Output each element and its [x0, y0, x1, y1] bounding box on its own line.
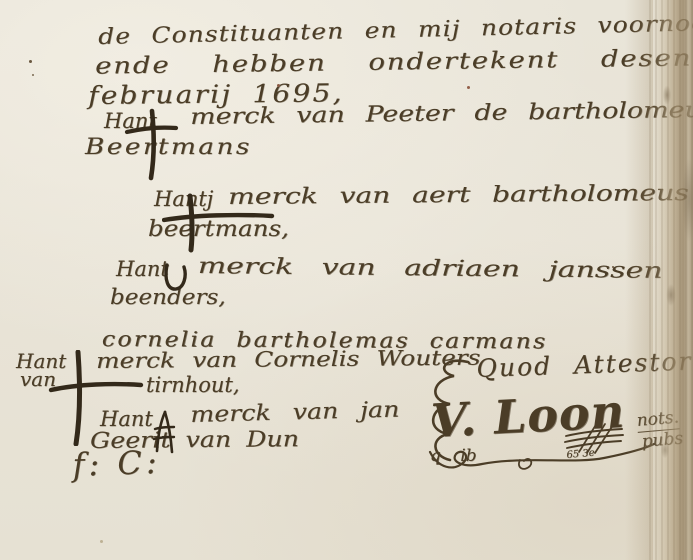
handmark-entry-text: merck van Cornelis Wouters	[96, 347, 481, 373]
handmark-entry-text: merck van adriaen janssen	[198, 255, 663, 284]
handmark-entry-prefix: Hant	[116, 258, 169, 281]
paper-speck	[467, 86, 470, 89]
paper-speck	[277, 84, 280, 87]
paper-speck	[29, 60, 32, 63]
handmark-entry-surname: tirnhout,	[146, 374, 240, 397]
paper-speck	[612, 266, 614, 268]
paper-speck	[32, 74, 34, 76]
paper-speck	[100, 540, 103, 543]
handmark-cross-icon	[162, 192, 276, 254]
manuscript-page: de Constituanten en mij notaris voornoem…	[0, 0, 693, 560]
handmark-entry-text: merck van aert bartholomeus	[228, 182, 689, 210]
header-line-2: ende hebben ondertekent desen 8e2	[95, 45, 693, 80]
handmark-entry-text: merck van jan	[190, 399, 400, 429]
clerk-initials: f: C:	[72, 445, 161, 483]
header-line-1: de Constituanten en mij notaris voornoem…	[98, 11, 693, 50]
page-edge	[649, 0, 693, 560]
handmark-cross-icon	[122, 108, 180, 182]
handmark-hook-icon	[162, 260, 190, 294]
header-line-2-text: ende hebben ondertekent desen	[95, 45, 692, 79]
signature-paraph-letters: q ib	[430, 447, 477, 466]
handmark-entry-text: merck van Peeter de bartholomeus	[190, 99, 693, 131]
